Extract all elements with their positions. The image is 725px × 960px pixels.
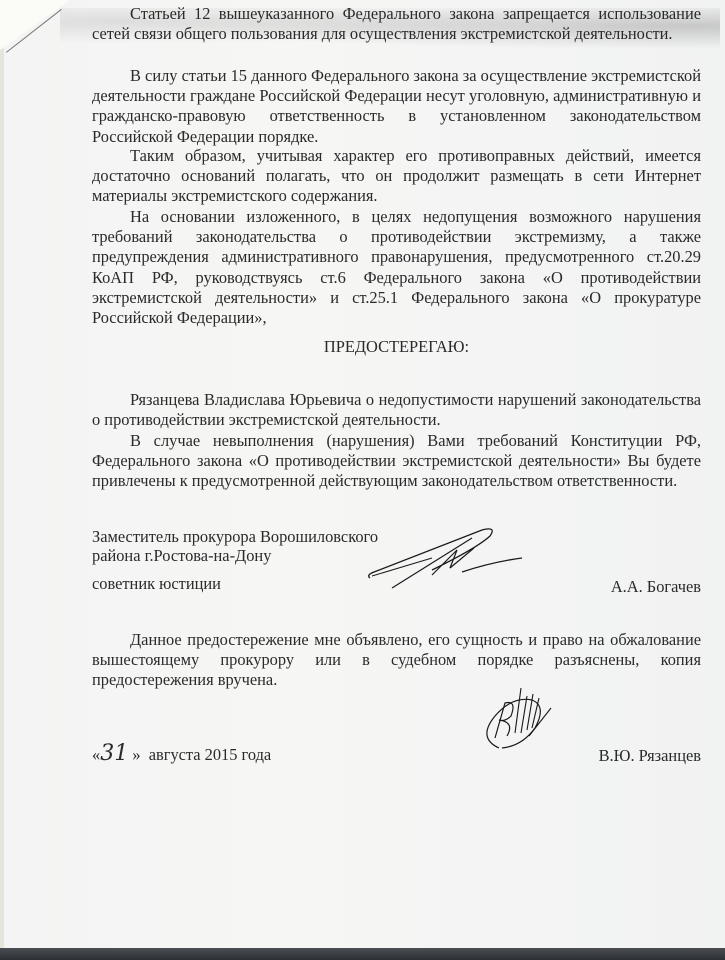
date-day: 31 [100, 741, 128, 766]
paragraph-conclusion: Таким образом, учитывая характер его про… [92, 146, 701, 207]
signatory-name: А.А. Богачев [611, 577, 701, 597]
recipient-name: В.Ю. Рязанцев [599, 746, 701, 766]
signatory-rank: советник юстиции [92, 574, 221, 594]
prosecutor-signature-icon [362, 520, 532, 590]
page-left-edge [0, 0, 4, 948]
paragraph-article-15: В силу статьи 15 данного Федерального за… [92, 66, 701, 147]
scan-bottom-edge [0, 948, 725, 960]
paragraph-article-12: Статьей 12 вышеуказанного Федерального з… [92, 4, 701, 44]
paragraph-acknowledgement: Данное предостережение мне объявлено, ег… [92, 630, 701, 691]
paragraph-legal-basis: На основании изложенного, в целях недопу… [92, 207, 701, 328]
recipient-signature-icon [477, 678, 557, 758]
warning-heading: ПРЕДОСТЕРЕГАЮ: [92, 337, 701, 357]
signatory-position: Заместитель прокурора Ворошиловского рай… [92, 527, 378, 565]
paragraph-warned-person: Рязанцева Владислава Юрьевича о недопуст… [92, 390, 701, 430]
folded-corner [0, 0, 70, 50]
date-line: «31 » августа 2015 года [92, 744, 271, 765]
paragraph-liability: В случае невыполнения (нарушения) Вами т… [92, 431, 701, 492]
document-page: Статьей 12 вышеуказанного Федерального з… [0, 0, 725, 948]
